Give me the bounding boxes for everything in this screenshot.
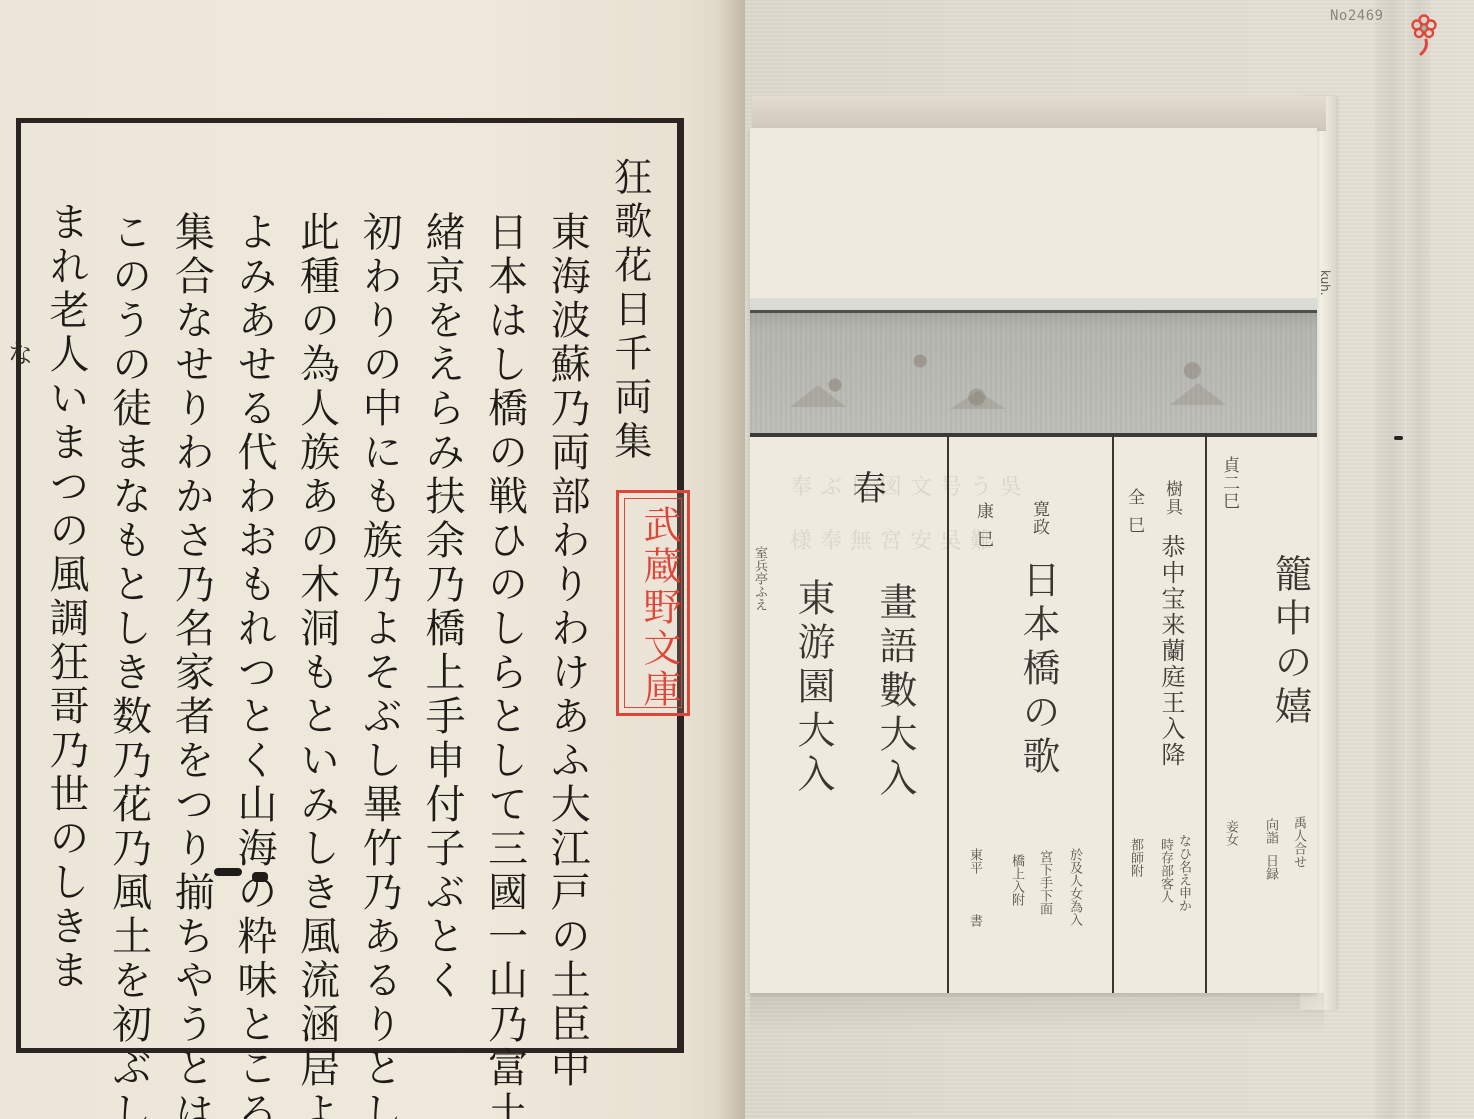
column-note: なひ名え申か [1176,834,1191,912]
column-header: 貞二 [1217,456,1242,492]
text-column-7: 集合なせりわかさ乃名家者をつり揃ちやうとは [164,143,218,1028]
ink-blot [214,868,242,876]
text-column-1: 東海波蘇乃両部わりわけあふ大江戸の土臣中 [540,143,594,1028]
booklet: 奉ぶ日図文号う吳 様奉無宮安吳難 貞二 巳 籠中の嬉 禹人合せ 向詣 日録 妾女… [750,128,1317,993]
seal-text: 武蔵野文庫 [619,505,687,710]
column-title: 日本橋の歌 [1011,560,1066,780]
accession-number: No2469 [1330,8,1384,24]
text-frame: 狂歌花日千両集 東海波蘇乃両部わりわけあふ大江戸の土臣中 日本はし橋の戦ひのしら… [16,118,684,1053]
column-header: 康 [971,502,996,520]
table-column-1: 貞二 巳 籠中の嬉 禹人合せ 向詣 日録 妾女 [1207,434,1317,993]
left-page: な 狂歌花日千両集 東海波蘇乃両部わりわけあふ大江戸の土臣中 日本はし橋の戦ひの… [0,0,745,1119]
listing-table: 奉ぶ日図文号う吳 様奉無宮安吳難 貞二 巳 籠中の嬉 禹人合せ 向詣 日録 妾女… [750,434,1317,993]
booklet-shadow [750,993,1324,1033]
text-column-8: このうの徒まなもとしき数乃花乃風土を初ぶしらさ [102,143,156,1028]
column-note: 向詣 [1263,818,1278,844]
column-title: 畫語數大入 [868,582,923,802]
column-title: 籠中の嬉 [1263,554,1318,730]
text-column-4: 初わりの中にも族乃よそぶし畢竹乃あるりとし [352,143,406,1028]
mountain-shape [1170,383,1226,405]
stray-mark [1394,436,1403,440]
text-column-3: 緒京をえらみ扶余乃橋上手申付子ぶとく [415,143,469,1028]
column-header: 樹具 [1160,480,1185,516]
table-column-4: 春 畫語數大入 東游園大入 室兵亭ふえ [750,434,946,993]
column-note: 橋上入附 [1009,854,1024,906]
column-note: 妾女 [1223,820,1238,846]
column-note: 都師附 [1128,838,1143,877]
booklet-top-fold [752,96,1326,131]
text-columns: 狂歌花日千両集 東海波蘇乃両部わりわけあふ大江戸の土臣中 日本はし橋の戦ひのしら… [39,143,657,1028]
mountain-shape [950,391,1006,409]
booklet-back-note: kuh. [1318,270,1332,296]
column-header: 全 [1122,488,1147,506]
ink-blot [252,872,268,882]
column-header: 巳 [971,530,996,548]
column-note: 日録 [1263,854,1278,880]
text-column-5: 此種の為人族あの木洞もといみしき風流涵居よ [290,143,344,1028]
mat-strip [1407,0,1431,1119]
column-header: 春 [842,470,891,504]
column-header: 巳 [1122,516,1147,534]
text-column-9: まれ老人いまつの風調狂哥乃世のしきま [39,143,93,1028]
column-header: 寛政 [1027,500,1052,536]
column-header: 巳 [1217,492,1242,510]
column-title: 東游園大入 [786,578,841,798]
column-note: 宮下手下面 [1037,850,1052,915]
red-flower-stamp-icon [1408,14,1438,58]
text-column-2: 日本はし橋の戦ひのしらとして三國一山乃富土乃 [478,143,532,1028]
text-column-6: よみあせる代わおもれつとく山海の粋味ところせく [227,143,281,1028]
column-note: 時存部客人 [1158,838,1173,903]
mountain-shape [790,385,846,407]
column-title: 恭中宝来蘭庭王入降 [1154,534,1189,768]
landscape-ground [750,310,1317,437]
column-note: 書 [967,914,982,927]
library-seal: 武蔵野文庫 [616,490,690,716]
table-column-3: 康 巳 寛政 日本橋の歌 於及人女為入 宮下手下面 橋上入附 東平 書 [949,434,1111,993]
column-note: 禹人合せ [1291,816,1306,868]
column-note: 室兵亭ふえ [752,546,767,611]
column-note: 東平 [967,848,982,874]
column-note: 於及人女為入 [1067,848,1082,926]
mat-strip [1375,0,1405,1119]
table-column-2: 全 巳 樹具 恭中宝来蘭庭王入降 なひ名え申か 時存部客人 都師附 [1114,434,1204,993]
